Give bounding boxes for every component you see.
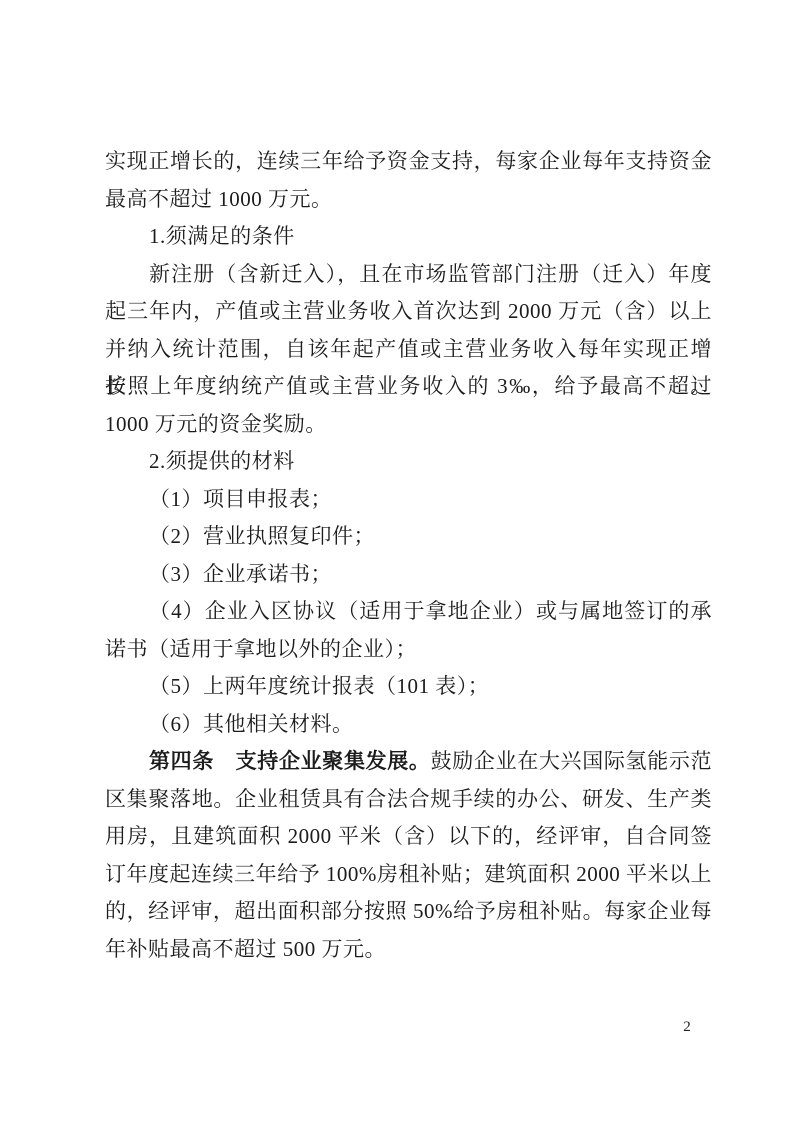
- body-line: 起三年内，产值或主营业务收入首次达到 2000 万元（含）以上: [105, 293, 712, 331]
- line-text: （1）项目申报表；: [149, 487, 332, 511]
- line-text: 1.须满足的条件: [149, 224, 295, 248]
- list-item-line: （1）项目申报表；: [105, 481, 712, 519]
- line-text: 起三年内，产值或主营业务收入首次达到 2000 万元（含）以上: [105, 299, 712, 323]
- body-line: 的，经评审，超出面积部分按照 50%给予房租补贴。每家企业每: [105, 893, 712, 931]
- document-page: 实现正增长的，连续三年给予资金支持，每家企业每年支持资金 最高不超过 1000 …: [0, 0, 794, 1123]
- body-line: 区集聚落地。企业租赁具有合法合规手续的办公、研发、生产类: [105, 781, 712, 819]
- body-line: 订年度起连续三年给予 100%房租补贴；建筑面积 2000 平米以上: [105, 856, 712, 894]
- line-text: 的，经评审，超出面积部分按照 50%给予房租补贴。每家企业每: [105, 899, 712, 923]
- line-text: 用房，且建筑面积 2000 平米（含）以下的，经评审，自合同签: [105, 824, 712, 848]
- line-text: 鼓励企业在大兴国际氢能示范: [431, 749, 712, 773]
- line-text: 年补贴最高不超过 500 万元。: [105, 937, 386, 961]
- line-text: （5）上两年度统计报表（101 表）；: [149, 674, 489, 698]
- list-item-line: （6）其他相关材料。: [105, 706, 712, 744]
- line-text: （2）营业执照复印件；: [149, 524, 375, 548]
- line-text: （4）企业入区协议（适用于拿地企业）或与属地签订的承: [149, 599, 712, 623]
- body-line: 并纳入统计范围，自该年起产值或主营业务收入每年实现正增长。: [105, 331, 712, 369]
- list-item-line: 诺书（适用于拿地以外的企业）；: [105, 631, 712, 669]
- line-text: 订年度起连续三年给予 100%房租补贴；建筑面积 2000 平米以上: [105, 862, 712, 886]
- list-heading-line: 1.须满足的条件: [105, 218, 712, 256]
- list-item-line: （3）企业承诺书；: [105, 556, 712, 594]
- line-text: 新注册（含新迁入），且在市场监管部门注册（迁入）年度: [149, 262, 712, 286]
- line-text: （6）其他相关材料。: [149, 712, 354, 736]
- document-body: 实现正增长的，连续三年给予资金支持，每家企业每年支持资金 最高不超过 1000 …: [105, 143, 712, 968]
- line-text: 诺书（适用于拿地以外的企业）；: [105, 637, 417, 661]
- body-line: 年补贴最高不超过 500 万元。: [105, 931, 712, 969]
- line-text: 按照上年度纳统产值或主营业务收入的 3‰，给予最高不超过: [105, 374, 712, 398]
- body-line: 新注册（含新迁入），且在市场监管部门注册（迁入）年度: [105, 256, 712, 294]
- line-text: 最高不超过 1000 万元。: [105, 187, 333, 211]
- list-item-line: （4）企业入区协议（适用于拿地企业）或与属地签订的承: [105, 593, 712, 631]
- line-text: 区集聚落地。企业租赁具有合法合规手续的办公、研发、生产类: [105, 787, 712, 811]
- page-number: 2: [667, 1016, 707, 1038]
- line-text: 2.须提供的材料: [149, 449, 295, 473]
- body-line: 实现正增长的，连续三年给予资金支持，每家企业每年支持资金: [105, 143, 712, 181]
- list-heading-line: 2.须提供的材料: [105, 443, 712, 481]
- line-text: 1000 万元的资金奖励。: [105, 412, 327, 436]
- line-text: 实现正增长的，连续三年给予资金支持，每家企业每年支持资金: [105, 149, 712, 173]
- body-line: 用房，且建筑面积 2000 平米（含）以下的，经评审，自合同签: [105, 818, 712, 856]
- body-line: 1000 万元的资金奖励。: [105, 406, 712, 444]
- line-text: （3）企业承诺书；: [149, 562, 332, 586]
- list-item-line: （2）营业执照复印件；: [105, 518, 712, 556]
- article-line: 第四条 支持企业聚集发展。鼓励企业在大兴国际氢能示范: [105, 743, 712, 781]
- body-line: 按照上年度纳统产值或主营业务收入的 3‰，给予最高不超过: [105, 368, 712, 406]
- body-line: 最高不超过 1000 万元。: [105, 181, 712, 219]
- article-heading: 第四条 支持企业聚集发展。: [149, 750, 431, 773]
- list-item-line: （5）上两年度统计报表（101 表）；: [105, 668, 712, 706]
